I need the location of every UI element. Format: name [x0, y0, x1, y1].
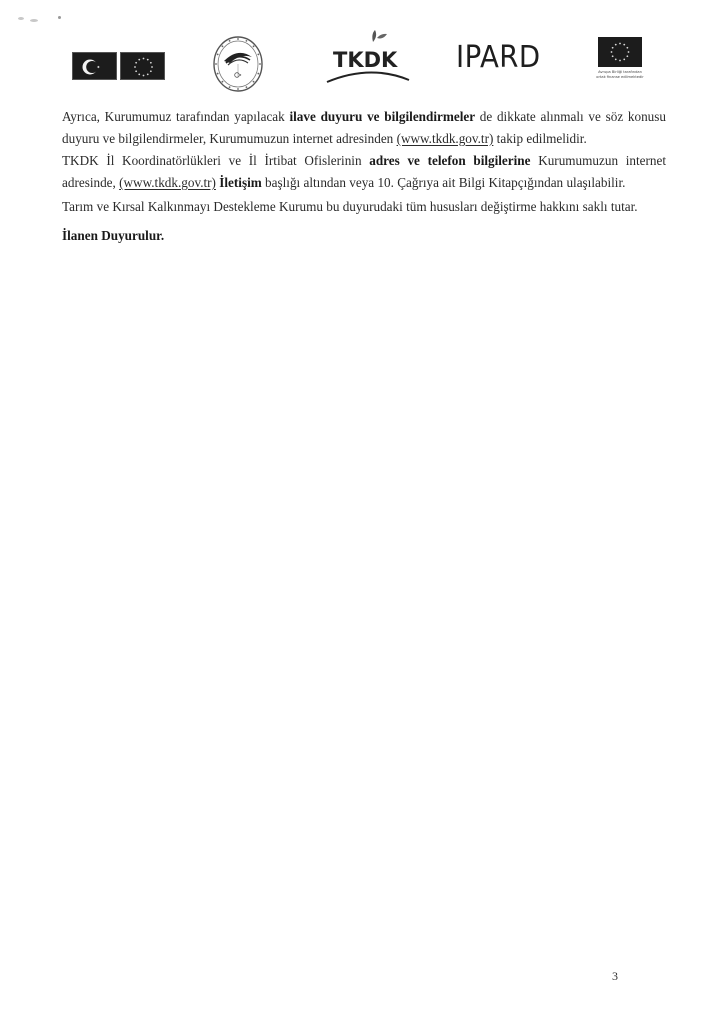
ministry-seal-icon: [212, 35, 264, 93]
tkdk-logo: TKDK: [325, 30, 415, 86]
ipard-logo: IPARD: [456, 40, 541, 75]
bold-phrase: İletişim: [219, 175, 262, 190]
bold-phrase: adres ve telefon bilgilerine: [369, 153, 530, 168]
paragraph-announcements: Ayrıca, Kurumumuz tarafından yapılacak i…: [62, 106, 666, 149]
bold-phrase: ilave duyuru ve bilgilendirmeler: [289, 109, 475, 124]
eu-caption: Avrupa Birliği tarafından ortak finanse …: [588, 70, 652, 80]
tkdk-wordmark: TKDK: [333, 48, 397, 72]
eu-cofinance-block: Avrupa Birliği tarafından ortak finanse …: [588, 37, 652, 80]
eu-flag-icon: [598, 37, 642, 67]
tkdk-website-link[interactable]: (www.tkdk.gov.tr): [397, 131, 494, 146]
document-body: Ayrıca, Kurumumuz tarafından yapılacak i…: [62, 106, 666, 248]
closing-statement: İlanen Duyurulur.: [62, 225, 666, 247]
header-logos: TKDK IPARD Avrupa Birliği tarafından ort…: [0, 0, 719, 100]
paragraph-contact-info: TKDK İl Koordinatörlükleri ve İl İrtibat…: [62, 150, 666, 193]
turkey-flag-icon: [72, 52, 117, 80]
flags-group: [72, 52, 165, 80]
eu-flag-icon: [120, 52, 165, 80]
tkdk-website-link[interactable]: (www.tkdk.gov.tr): [119, 175, 216, 190]
paragraph-rights-reserved: Tarım ve Kırsal Kalkınmayı Destekleme Ku…: [62, 196, 666, 218]
page-number: 3: [612, 969, 618, 984]
